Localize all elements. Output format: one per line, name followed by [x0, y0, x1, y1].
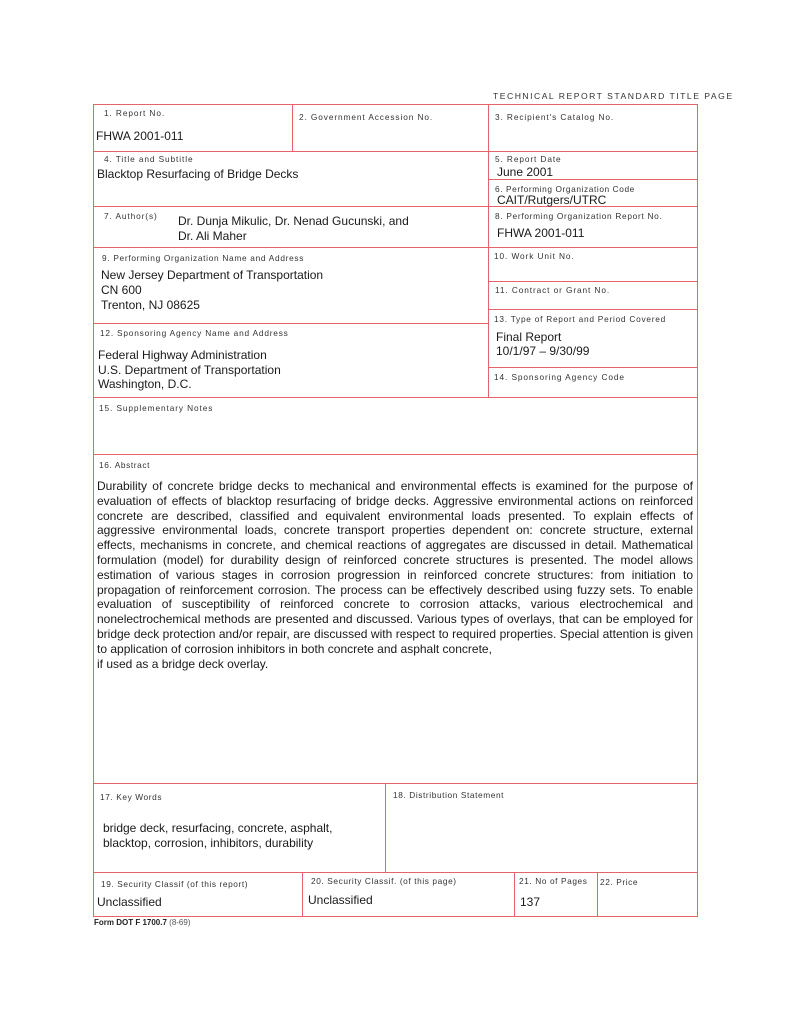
supplementary-label: 15. Supplementary Notes: [99, 403, 213, 413]
gov-accession-label: 2. Government Accession No.: [299, 112, 433, 122]
num-pages-value: 137: [520, 895, 540, 910]
title-value: Blacktop Resurfacing of Bridge Decks: [97, 167, 298, 182]
work-unit-label: 10. Work Unit No.: [494, 251, 575, 261]
key-words-line: bridge deck, resurfacing, concrete, asph…: [103, 821, 332, 836]
report-date-label: 5. Report Date: [495, 154, 562, 164]
perf-org-code-value: CAIT/Rutgers/UTRC: [497, 193, 606, 208]
sponsor-line: Washington, D.C.: [98, 377, 192, 392]
abstract-body: Durability of concrete bridge decks to m…: [97, 479, 693, 671]
sponsor-code-label: 14. Sponsoring Agency Code: [494, 372, 625, 382]
distribution-label: 18. Distribution Statement: [393, 790, 504, 800]
security-report-value: Unclassified: [97, 895, 162, 910]
abstract-text: Durability of concrete bridge decks to m…: [97, 479, 693, 657]
form-id: Form DOT F 1700.7: [94, 918, 167, 927]
abstract-label: 16. Abstract: [99, 460, 150, 470]
sponsor-line: Federal Highway Administration: [98, 348, 267, 363]
report-type-line: Final Report: [496, 330, 561, 345]
key-words-line: blacktop, corrosion, inhibitors, durabil…: [103, 836, 313, 851]
abstract-last-line: if used as a bridge deck overlay.: [97, 657, 693, 672]
author-line: Dr. Ali Maher: [178, 229, 247, 244]
sponsor-name-label: 12. Sponsoring Agency Name and Address: [100, 328, 289, 338]
report-date-value: June 2001: [497, 165, 553, 180]
report-no-label: 1. Report No.: [104, 108, 165, 118]
num-pages-label: 21. No of Pages: [519, 876, 588, 886]
report-type-label: 13. Type of Report and Period Covered: [494, 314, 666, 324]
perf-org-report-value: FHWA 2001-011: [497, 226, 584, 241]
key-words-label: 17. Key Words: [100, 792, 162, 802]
author-line: Dr. Dunja Mikulic, Dr. Nenad Gucunski, a…: [178, 214, 409, 229]
sponsor-line: U.S. Department of Transportation: [98, 363, 281, 378]
security-page-label: 20. Security Classif. (of this page): [311, 876, 457, 886]
report-period-line: 10/1/97 – 9/30/99: [496, 344, 589, 359]
perf-org-name-label: 9. Performing Organization Name and Addr…: [102, 253, 304, 263]
authors-label: 7. Author(s): [104, 211, 158, 221]
recipient-catalog-label: 3. Recipient's Catalog No.: [495, 112, 614, 122]
address-line: New Jersey Department of Transportation: [101, 268, 323, 283]
address-line: Trenton, NJ 08625: [101, 298, 200, 313]
address-line: CN 600: [101, 283, 142, 298]
title-label: 4. Title and Subtitle: [104, 154, 193, 164]
perf-org-report-label: 8. Performing Organization Report No.: [495, 211, 662, 221]
form-footer: Form DOT F 1700.7 (8-69): [94, 918, 191, 927]
security-report-label: 19. Security Classif (of this report): [101, 879, 248, 889]
contract-grant-label: 11. Contract or Grant No.: [495, 285, 610, 295]
security-page-value: Unclassified: [308, 893, 373, 908]
report-no-value: FHWA 2001-011: [96, 129, 183, 144]
form-header-title: TECHNICAL REPORT STANDARD TITLE PAGE: [493, 91, 734, 101]
form-date: (8-69): [169, 918, 190, 927]
price-label: 22. Price: [600, 877, 638, 887]
